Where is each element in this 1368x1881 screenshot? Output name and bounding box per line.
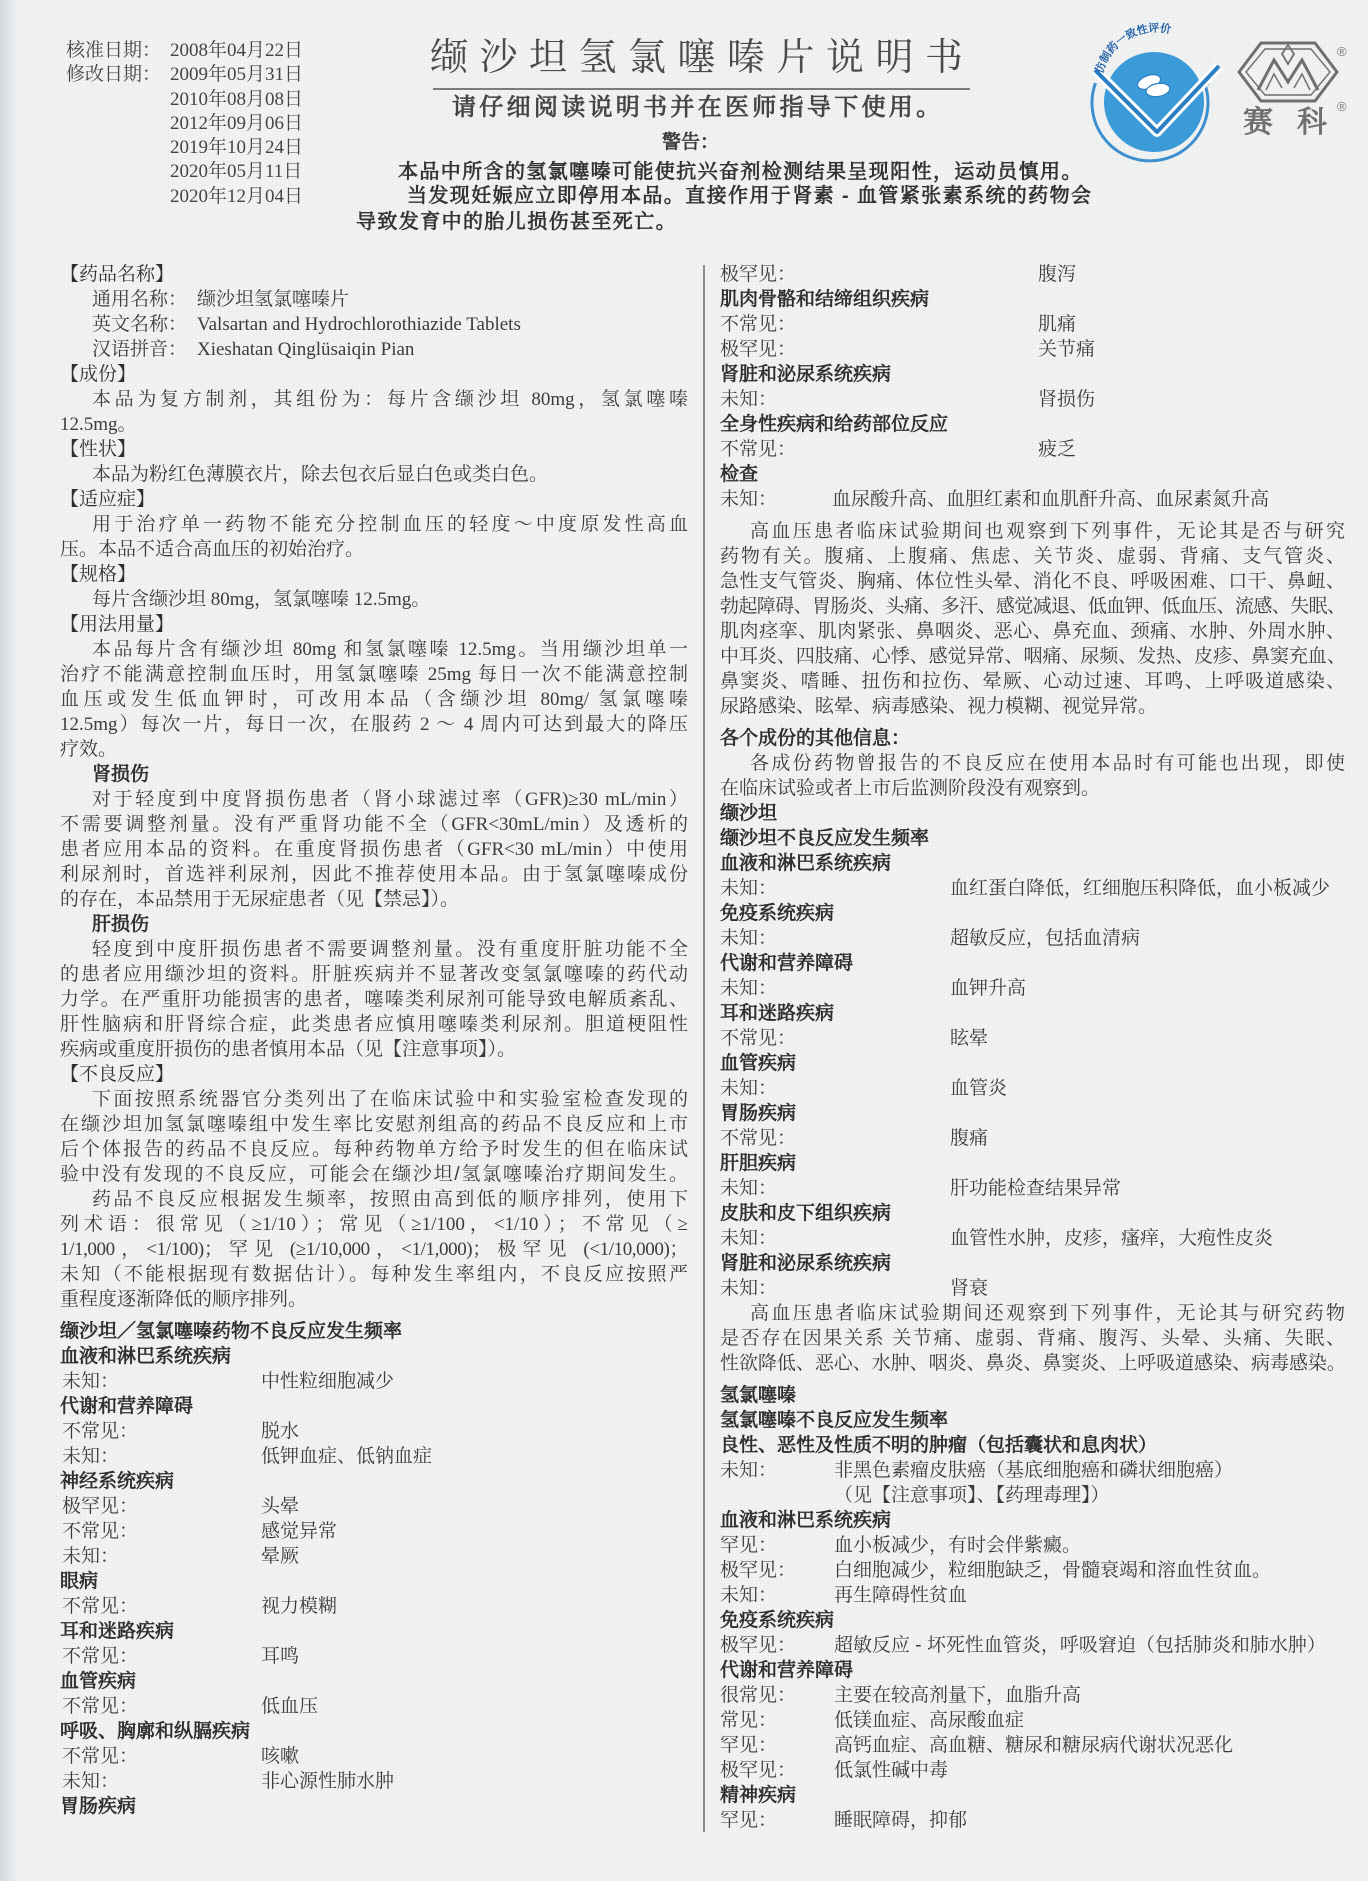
mountain-inner bbox=[1294, 74, 1310, 90]
reaction-text: 眩晕 bbox=[950, 1028, 988, 1049]
reaction-text: 血管炎 bbox=[950, 1078, 1007, 1099]
reaction-text: 疲乏 bbox=[1038, 439, 1076, 460]
mountain-inner bbox=[1266, 74, 1282, 90]
paragraph-line: 1/1,000，<1/100)；罕见 (≥1/10,000，<1/1,000)；… bbox=[60, 1237, 688, 1262]
adr-row: 未知：血尿酸升高、血胆红素和血肌酐升高、血尿素氮升高 bbox=[720, 487, 1345, 512]
approval-date-label: 核准日期： bbox=[66, 39, 170, 63]
adr-group-heading: 血液和淋巴系统疾病 bbox=[720, 851, 1345, 876]
frequency-label: 未知： bbox=[720, 387, 1038, 412]
frequency-label: 未知： bbox=[720, 876, 950, 901]
reaction-text: 白细胞减少，粒细胞缺乏，骨髓衰竭和溶血性贫血。 bbox=[834, 1560, 1271, 1581]
adr-group-heading: 免疫系统疾病 bbox=[720, 901, 1345, 926]
paragraph-line: 不需要调整剂量。没有严重肾功能不全（GFR<30mL/min）及透析的 bbox=[60, 812, 688, 837]
adr-group-heading: 肝胆疾病 bbox=[720, 1151, 1345, 1176]
revision-date: 2020年12月04日 bbox=[170, 186, 303, 207]
pinyin-name-row: 汉语拼音：Xieshatan Qinglüsaiqin Pian bbox=[60, 337, 688, 362]
paragraph-line: 12.5mg。 bbox=[60, 412, 688, 437]
frequency-label: 未知： bbox=[720, 1076, 950, 1101]
field-label: 英文名称： bbox=[92, 312, 197, 337]
paragraph-line: 鼻窦炎、嗜睡、扭伤和拉伤、晕厥、心动过速、耳鸣、上呼吸道感染、 bbox=[720, 669, 1345, 694]
reaction-text: 血尿酸升高、血胆红素和血肌酐升高、血尿素氮升高 bbox=[832, 489, 1269, 510]
paragraph-line: 验中没有发现的不良反应，可能会在缬沙坦/氢氯噻嗪治疗期间发生。 bbox=[60, 1162, 688, 1187]
english-name-row: 英文名称：Valsartan and Hydrochlorothiazide T… bbox=[60, 312, 688, 337]
frequency-label: 不常见： bbox=[720, 1026, 950, 1051]
paragraph-line: 高血压患者临床试验期间还观察到下列事件，无论其与研究药物 bbox=[720, 1301, 1345, 1326]
adr-row: 未知：非心源性肺水肿 bbox=[60, 1769, 688, 1794]
adr-group-heading: 肾脏和泌尿系统疾病 bbox=[720, 1251, 1345, 1276]
adr-group-heading: 代谢和营养障碍 bbox=[60, 1394, 688, 1419]
adr-row: 未知：血红蛋白降低，红细胞压积降低，血小板减少 bbox=[720, 876, 1345, 901]
paragraph-line: 每片含缬沙坦 80mg，氢氯噻嗪 12.5mg。 bbox=[60, 587, 688, 612]
registered-mark: ® bbox=[1337, 100, 1347, 114]
reaction-text: 血管性水肿，皮疹，瘙痒，大疱性皮炎 bbox=[950, 1228, 1273, 1249]
paragraph-line: 的患者应用缬沙坦的资料。肝脏疾病并不显著改变氢氯噻嗪的药代动 bbox=[60, 962, 688, 987]
revision-date: 2010年08月08日 bbox=[170, 89, 303, 110]
section-heading-strength: 【规格】 bbox=[60, 562, 688, 587]
reaction-text: 非黑色素瘤皮肤癌（基底细胞癌和磷状细胞癌） bbox=[834, 1460, 1233, 1481]
adr-group-heading: 肾脏和泌尿系统疾病 bbox=[720, 362, 1345, 387]
paragraph-line: 12.5mg）每次一片，每日一次，在服药 2 ～ 4 周内可达到最大的降压 bbox=[60, 712, 688, 737]
paragraph-line: 后个体报告的药品不良反应。每种药物单方给予时发生的但在临床试 bbox=[60, 1137, 688, 1162]
frequency-label: 极罕见： bbox=[720, 1633, 834, 1658]
reaction-text: 脱水 bbox=[261, 1421, 299, 1442]
adr-row: 未知：血钾升高 bbox=[720, 976, 1345, 1001]
adr-row: 未知：超敏反应，包括血清病 bbox=[720, 926, 1345, 951]
reaction-text: 超敏反应 - 坏死性血管炎，呼吸窘迫（包括肺炎和肺水肿） bbox=[834, 1635, 1326, 1656]
paragraph-line: 对于轻度到中度肾损伤患者（肾小球滤过率（GFR)≥30 mL/min） bbox=[60, 787, 688, 812]
right-column: 极罕见：腹泻 肌肉骨骼和结缔组织疾病 不常见：肌痛 极罕见：关节痛 肾脏和泌尿系… bbox=[720, 262, 1345, 1833]
frequency-label: 未知： bbox=[720, 1226, 950, 1251]
adr-row: 未知：血管性水肿，皮疹，瘙痒，大疱性皮炎 bbox=[720, 1226, 1345, 1251]
field-value: Valsartan and Hydrochlorothiazide Tablet… bbox=[197, 314, 521, 335]
valsartan-frequency-title: 缬沙坦不良反应发生频率 bbox=[720, 826, 1345, 851]
paragraph-line: 高血压患者临床试验期间也观察到下列事件，无论其是否与研究 bbox=[720, 519, 1345, 544]
reaction-text: 腹痛 bbox=[950, 1128, 988, 1149]
reaction-text: 肝功能检查结果异常 bbox=[950, 1178, 1121, 1199]
adr-group-heading: 血液和淋巴系统疾病 bbox=[720, 1508, 1345, 1533]
frequency-label: 不常见： bbox=[720, 312, 1038, 337]
adr-group-heading: 血管疾病 bbox=[720, 1051, 1345, 1076]
adr-group-heading: 耳和迷路疾病 bbox=[60, 1619, 688, 1644]
adr-group-heading: 胃肠疾病 bbox=[60, 1794, 688, 1819]
adr-row: 极罕见：白细胞减少，粒细胞缺乏，骨髓衰竭和溶血性贫血。 bbox=[720, 1558, 1345, 1583]
frequency-label: 不常见： bbox=[62, 1694, 261, 1719]
frequency-label: 极罕见： bbox=[720, 1558, 834, 1583]
frequency-label: 未知： bbox=[720, 1458, 834, 1483]
paragraph-line: 本品每片含有缬沙坦 80mg 和氢氯噻嗪 12.5mg。当用缬沙坦单一 bbox=[60, 637, 688, 662]
adr-group-heading: 眼病 bbox=[60, 1569, 688, 1594]
adr-row: 不常见：腹痛 bbox=[720, 1126, 1345, 1151]
revision-date: 2012年09月06日 bbox=[170, 113, 303, 134]
paragraph-line: 用于治疗单一药物不能充分控制血压的轻度～中度原发性高血 bbox=[60, 512, 688, 537]
frequency-label: 极罕见： bbox=[720, 1758, 834, 1783]
paragraph-line: 勃起障碍、胃肠炎、头痛、多汗、感觉减退、低血钾、低血压、流感、失眠、 bbox=[720, 594, 1345, 619]
adr-group-heading: 神经系统疾病 bbox=[60, 1469, 688, 1494]
paragraph-line: 患者应用本品的资料。在重度肾损伤患者（GFR<30 mL/min）中使用 bbox=[60, 837, 688, 862]
adr-group-heading: 耳和迷路疾病 bbox=[720, 1001, 1345, 1026]
document-title: 缬沙坦氢氯噻嗪片说明书 bbox=[430, 36, 975, 80]
field-value: Xieshatan Qinglüsaiqin Pian bbox=[197, 339, 414, 360]
adr-row: 不常见：耳鸣 bbox=[60, 1644, 688, 1669]
paragraph-line: 在缬沙坦加氢氯噻嗪组中发生率比安慰剂组高的药品不良反应和上市 bbox=[60, 1112, 688, 1137]
section-heading-composition: 【成份】 bbox=[60, 362, 688, 387]
reaction-text: 低镁血症、高尿酸血症 bbox=[834, 1710, 1024, 1731]
revision-date-row: 2019年10月24日 bbox=[66, 136, 303, 160]
warning-label: 警告： bbox=[662, 131, 719, 155]
consistency-evaluation-badge-icon: 仿制药一致性评价 bbox=[1085, 22, 1225, 172]
hydrochlorothiazide-title: 氢氯噻嗪 bbox=[720, 1383, 1345, 1408]
frequency-label: 不常见： bbox=[62, 1519, 261, 1544]
reaction-text: 肾损伤 bbox=[1038, 389, 1095, 410]
subheading-hepatic-impairment: 肝损伤 bbox=[60, 912, 688, 937]
registered-mark: ® bbox=[1337, 45, 1347, 59]
frequency-label: 极罕见： bbox=[62, 1494, 261, 1519]
brand-name: 赛科 bbox=[1243, 105, 1351, 141]
reaction-text: 中性粒细胞减少 bbox=[261, 1371, 394, 1392]
paragraph-line: 是否存在因果关系 关节痛、虚弱、背痛、腹泻、头晕、头痛、失眠、 bbox=[720, 1326, 1345, 1351]
paragraph-line: 性欲降低、恶心、水肿、咽炎、鼻炎、鼻窦炎、上呼吸道感染、病毒感染。 bbox=[720, 1351, 1345, 1376]
reaction-text: 肌痛 bbox=[1038, 314, 1076, 335]
adr-row: 未知：再生障碍性贫血 bbox=[720, 1583, 1345, 1608]
paragraph-line: 血压或发生低血钾时，可改用本品（含缬沙坦 80mg/ 氢氯噻嗪 bbox=[60, 687, 688, 712]
adr-row: 未知：肾损伤 bbox=[720, 387, 1345, 412]
adr-group-heading: 血液和淋巴系统疾病 bbox=[60, 1344, 688, 1369]
adr-row: 极罕见：头晕 bbox=[60, 1494, 688, 1519]
adr-group-heading: 良性、恶性及性质不明的肿瘤（包括囊状和息肉状） bbox=[720, 1433, 1345, 1458]
paragraph-line: 急性支气管炎、胸痛、体位性头晕、消化不良、呼吸困难、口干、鼻衄、 bbox=[720, 569, 1345, 594]
field-label: 汉语拼音： bbox=[92, 337, 197, 362]
paragraph-line: 肝性脑病和肝肾综合症，此类患者应慎用噻嗪类利尿剂。胆道梗阻性 bbox=[60, 1012, 688, 1037]
reaction-text: 腹泻 bbox=[1038, 264, 1076, 285]
reaction-text: 非心源性肺水肿 bbox=[261, 1771, 394, 1792]
revision-history: 核准日期：2008年04月22日 修改日期：2009年05月31日 2010年0… bbox=[66, 39, 303, 209]
section-heading-adverse-reactions: 【不良反应】 bbox=[60, 1062, 688, 1087]
revision-date-row: 2020年12月04日 bbox=[66, 185, 303, 209]
paragraph-line: 未知（不能根据现有数据估计）。每种发生率组内，不良反应按照严 bbox=[60, 1262, 688, 1287]
subheading-renal-impairment: 肾损伤 bbox=[60, 762, 688, 787]
adr-row: 不常见：眩晕 bbox=[720, 1026, 1345, 1051]
adr-group-heading: 呼吸、胸廓和纵膈疾病 bbox=[60, 1719, 688, 1744]
paragraph-line: 肌肉痉挛、肌肉紧张、鼻咽炎、恶心、鼻充血、颈痛、水肿、外周水肿、 bbox=[720, 619, 1345, 644]
paragraph-line: 列术语：很常见（≥1/10）；常见（≥1/100，<1/10）；不常见（≥ bbox=[60, 1212, 688, 1237]
frequency-label: 未知： bbox=[720, 1176, 950, 1201]
frequency-label: 不常见： bbox=[62, 1594, 261, 1619]
adr-group-heading: 代谢和营养障碍 bbox=[720, 951, 1345, 976]
adr-row: 不常见：脱水 bbox=[60, 1419, 688, 1444]
generic-name-row: 通用名称：缬沙坦氢氯噻嗪片 bbox=[60, 287, 688, 312]
revision-date-label: 修改日期： bbox=[66, 63, 170, 87]
adr-row: 不常见：疲乏 bbox=[720, 437, 1345, 462]
frequency-label: 未知： bbox=[62, 1369, 261, 1394]
saike-hexagon-logo-icon bbox=[1236, 40, 1340, 104]
revision-date: 2009年05月31日 bbox=[170, 64, 303, 85]
adr-group-heading: 精神疾病 bbox=[720, 1783, 1345, 1808]
adr-group-heading: 胃肠疾病 bbox=[720, 1101, 1345, 1126]
frequency-label: 未知： bbox=[62, 1544, 261, 1569]
paragraph-line: 本品为复方制剂，其组份为：每片含缬沙坦 80mg，氢氯噻嗪 bbox=[60, 387, 688, 412]
adr-row: 罕见：高钙血症、高血糖、糖尿和糖尿病代谢状况恶化 bbox=[720, 1733, 1345, 1758]
reaction-text: 咳嗽 bbox=[261, 1746, 299, 1767]
paragraph-line: 中耳炎、四肢痛、心悸、感觉异常、咽痛、尿频、发热、皮疹、鼻窦充血、 bbox=[720, 644, 1345, 669]
warning-line: 本品中所含的氢氯噻嗪可能使抗兴奋剂检测结果呈现阳性，运动员慎用。 bbox=[398, 160, 1083, 184]
section-heading-dosage: 【用法用量】 bbox=[60, 612, 688, 637]
frequency-label: 极罕见： bbox=[720, 262, 1038, 287]
paragraph-line: 疗效。 bbox=[60, 737, 688, 762]
adr-row: 未知：肾衰 bbox=[720, 1276, 1345, 1301]
revision-date-row: 2020年05月11日 bbox=[66, 160, 303, 184]
hexagon-outer bbox=[1239, 43, 1337, 101]
paragraph-line: 治疗不能满意控制血压时，用氢氯噻嗪 25mg 每日一次不能满意控制 bbox=[60, 662, 688, 687]
adr-row: 罕见：血小板减少，有时会伴紫癜。 bbox=[720, 1533, 1345, 1558]
paragraph-line: 尿路感染、眩晕、病毒感染、视力模糊、视觉异常。 bbox=[720, 694, 1345, 719]
reaction-text: 晕厥 bbox=[261, 1546, 299, 1567]
adr-row: 极罕见：低氯性碱中毒 bbox=[720, 1758, 1345, 1783]
revision-date-row: 2012年09月06日 bbox=[66, 112, 303, 136]
adr-row: 极罕见：超敏反应 - 坏死性血管炎，呼吸窘迫（包括肺炎和肺水肿） bbox=[720, 1633, 1345, 1658]
frequency-label: 不常见： bbox=[720, 437, 1038, 462]
left-column: 【药品名称】 通用名称：缬沙坦氢氯噻嗪片 英文名称：Valsartan and … bbox=[60, 262, 688, 1819]
adr-row: 罕见：睡眠障碍，抑郁 bbox=[720, 1808, 1345, 1833]
combo-adr-frequency-title: 缬沙坦／氢氯噻嗪药物不良反应发生频率 bbox=[60, 1319, 688, 1344]
document-subtitle: 请仔细阅读说明书并在医师指导下使用。 bbox=[452, 94, 943, 122]
frequency-label: 不常见： bbox=[62, 1419, 261, 1444]
field-value: 缬沙坦氢氯噻嗪片 bbox=[197, 289, 349, 310]
paragraph-line: 压。本品不适合高血压的初始治疗。 bbox=[60, 537, 688, 562]
frequency-label: 未知： bbox=[62, 1444, 261, 1469]
adr-row: 不常见：视力模糊 bbox=[60, 1594, 688, 1619]
paragraph-line: 本品为粉红色薄膜衣片，除去包衣后显白色或类白色。 bbox=[60, 462, 688, 487]
reaction-text: 低血压 bbox=[261, 1696, 318, 1717]
paragraph-line: 的存在，本品禁用于无尿症患者（见【禁忌】）。 bbox=[60, 887, 688, 912]
frequency-label: 很常见： bbox=[720, 1683, 834, 1708]
adr-row-continuation: （见【注意事项】、【药理毒理】） bbox=[720, 1483, 1345, 1508]
reaction-text: 血红蛋白降低，红细胞压积降低，血小板减少 bbox=[950, 878, 1330, 899]
adr-row: 常见：低镁血症、高尿酸血症 bbox=[720, 1708, 1345, 1733]
adr-group-heading: 免疫系统疾病 bbox=[720, 1608, 1345, 1633]
paragraph-line: 疾病或重度肝损伤的患者慎用本品（见【注意事项】）。 bbox=[60, 1037, 688, 1062]
frequency-label: 罕见： bbox=[720, 1733, 834, 1758]
adr-row: 未知：非黑色素瘤皮肤癌（基底细胞癌和磷状细胞癌） bbox=[720, 1458, 1345, 1483]
adr-row: 很常见：主要在较高剂量下，血脂升高 bbox=[720, 1683, 1345, 1708]
title-underline bbox=[433, 88, 970, 90]
frequency-label: 未知： bbox=[720, 1276, 950, 1301]
reaction-text: 耳鸣 bbox=[261, 1646, 299, 1667]
scan-edge-shadow bbox=[0, 0, 18, 1881]
reaction-text: 血小板减少，有时会伴紫癜。 bbox=[834, 1535, 1081, 1556]
column-divider bbox=[703, 265, 705, 1832]
reaction-text: 超敏反应，包括血清病 bbox=[950, 928, 1140, 949]
approval-date-row: 核准日期：2008年04月22日 bbox=[66, 39, 303, 63]
adr-group-heading: 全身性疾病和给药部位反应 bbox=[720, 412, 1345, 437]
adr-group-heading: 皮肤和皮下组织疾病 bbox=[720, 1201, 1345, 1226]
reaction-text: 视力模糊 bbox=[261, 1596, 337, 1617]
frequency-label: 常见： bbox=[720, 1708, 834, 1733]
adr-row: 未知：中性粒细胞减少 bbox=[60, 1369, 688, 1394]
paragraph-line: 重程度逐渐降低的顺序排列。 bbox=[60, 1287, 688, 1312]
valsartan-title: 缬沙坦 bbox=[720, 801, 1345, 826]
reaction-text: 主要在较高剂量下，血脂升高 bbox=[834, 1685, 1081, 1706]
warning-line: 导致发育中的胎儿损伤甚至死亡。 bbox=[356, 210, 677, 234]
diamond-shape bbox=[1282, 45, 1294, 64]
adr-row: 未知：晕厥 bbox=[60, 1544, 688, 1569]
reaction-text: 关节痛 bbox=[1038, 339, 1095, 360]
frequency-label: 不常见： bbox=[720, 1126, 950, 1151]
adr-row: 不常见：低血压 bbox=[60, 1694, 688, 1719]
paragraph-line: 利尿剂时，首选袢利尿剂，因此不推荐使用本品。由于氢氯噻嗪成份 bbox=[60, 862, 688, 887]
frequency-label: 未知： bbox=[720, 976, 950, 1001]
adr-row: 极罕见：关节痛 bbox=[720, 337, 1345, 362]
section-heading-description: 【性状】 bbox=[60, 437, 688, 462]
adr-group-heading: 代谢和营养障碍 bbox=[720, 1658, 1345, 1683]
adr-row: 不常见：感觉异常 bbox=[60, 1519, 688, 1544]
reaction-text: 再生障碍性贫血 bbox=[834, 1585, 967, 1606]
frequency-label: 极罕见： bbox=[720, 337, 1038, 362]
field-label: 通用名称： bbox=[92, 287, 197, 312]
frequency-label: 不常见： bbox=[62, 1644, 261, 1669]
reaction-text: 低钾血症、低钠血症 bbox=[261, 1446, 432, 1467]
revision-date: 2020年05月11日 bbox=[170, 161, 302, 182]
reaction-text: 高钙血症、高血糖、糖尿和糖尿病代谢状况恶化 bbox=[834, 1735, 1233, 1756]
paragraph-line: 力学。在严重肝功能损害的患者，噻嗪类利尿剂可能导致电解质紊乱、 bbox=[60, 987, 688, 1012]
adr-group-heading: 血管疾病 bbox=[60, 1669, 688, 1694]
warning-line: 当发现妊娠应立即停用本品。直接作用于肾素 - 血管紧张素系统的药物会 bbox=[407, 184, 1092, 208]
adr-row: 不常见：咳嗽 bbox=[60, 1744, 688, 1769]
adr-row: 未知：肝功能检查结果异常 bbox=[720, 1176, 1345, 1201]
adr-group-heading: 检查 bbox=[720, 462, 1345, 487]
reaction-text: 低氯性碱中毒 bbox=[834, 1760, 948, 1781]
paragraph-line: 药品不良反应根据发生频率，按照由高到低的顺序排列，使用下 bbox=[60, 1187, 688, 1212]
paragraph-line: 在临床试验或者上市后监测阶段没有观察到。 bbox=[720, 776, 1345, 801]
adr-row: 未知：低钾血症、低钠血症 bbox=[60, 1444, 688, 1469]
reaction-text: 肾衰 bbox=[950, 1278, 988, 1299]
frequency-label: 未知： bbox=[62, 1769, 261, 1794]
paragraph-line: 药物有关。腹痛、上腹痛、焦虑、关节炎、虚弱、背痛、支气管炎、 bbox=[720, 544, 1345, 569]
components-info-title: 各个成份的其他信息： bbox=[720, 726, 1345, 751]
frequency-label: 罕见： bbox=[720, 1808, 834, 1833]
reaction-text: 睡眠障碍，抑郁 bbox=[834, 1810, 967, 1831]
adr-row: 极罕见：腹泻 bbox=[720, 262, 1345, 287]
revision-date-row: 2010年08月08日 bbox=[66, 88, 303, 112]
section-heading-indications: 【适应症】 bbox=[60, 487, 688, 512]
adr-row: 不常见：肌痛 bbox=[720, 312, 1345, 337]
frequency-label: 未知： bbox=[720, 926, 950, 951]
revision-date-row: 修改日期：2009年05月31日 bbox=[66, 63, 303, 87]
reaction-text: 头晕 bbox=[261, 1496, 299, 1517]
hydrochlorothiazide-frequency-title: 氢氯噻嗪不良反应发生频率 bbox=[720, 1408, 1345, 1433]
adr-row: 未知：血管炎 bbox=[720, 1076, 1345, 1101]
paragraph-line: 下面按照系统器官分类列出了在临床试验中和实验室检查发现的 bbox=[60, 1087, 688, 1112]
frequency-label: 未知： bbox=[720, 487, 832, 512]
adr-group-heading: 肌肉骨骼和结缔组织疾病 bbox=[720, 287, 1345, 312]
cross-reference-note: （见【注意事项】、【药理毒理】） bbox=[834, 1485, 1110, 1506]
revision-date: 2019年10月24日 bbox=[170, 137, 303, 158]
frequency-label: 罕见： bbox=[720, 1533, 834, 1558]
paragraph-line: 轻度到中度肝损伤患者不需要调整剂量。没有重度肝脏功能不全 bbox=[60, 937, 688, 962]
reaction-text: 血钾升高 bbox=[950, 978, 1026, 999]
reaction-text: 感觉异常 bbox=[261, 1521, 337, 1542]
frequency-label: 未知： bbox=[720, 1583, 834, 1608]
paragraph-line: 各成份药物曾报告的不良反应在使用本品时有可能也出现，即使 bbox=[720, 751, 1345, 776]
section-heading-drug-name: 【药品名称】 bbox=[60, 262, 688, 287]
frequency-label: 不常见： bbox=[62, 1744, 261, 1769]
approval-date: 2008年04月22日 bbox=[170, 40, 303, 61]
